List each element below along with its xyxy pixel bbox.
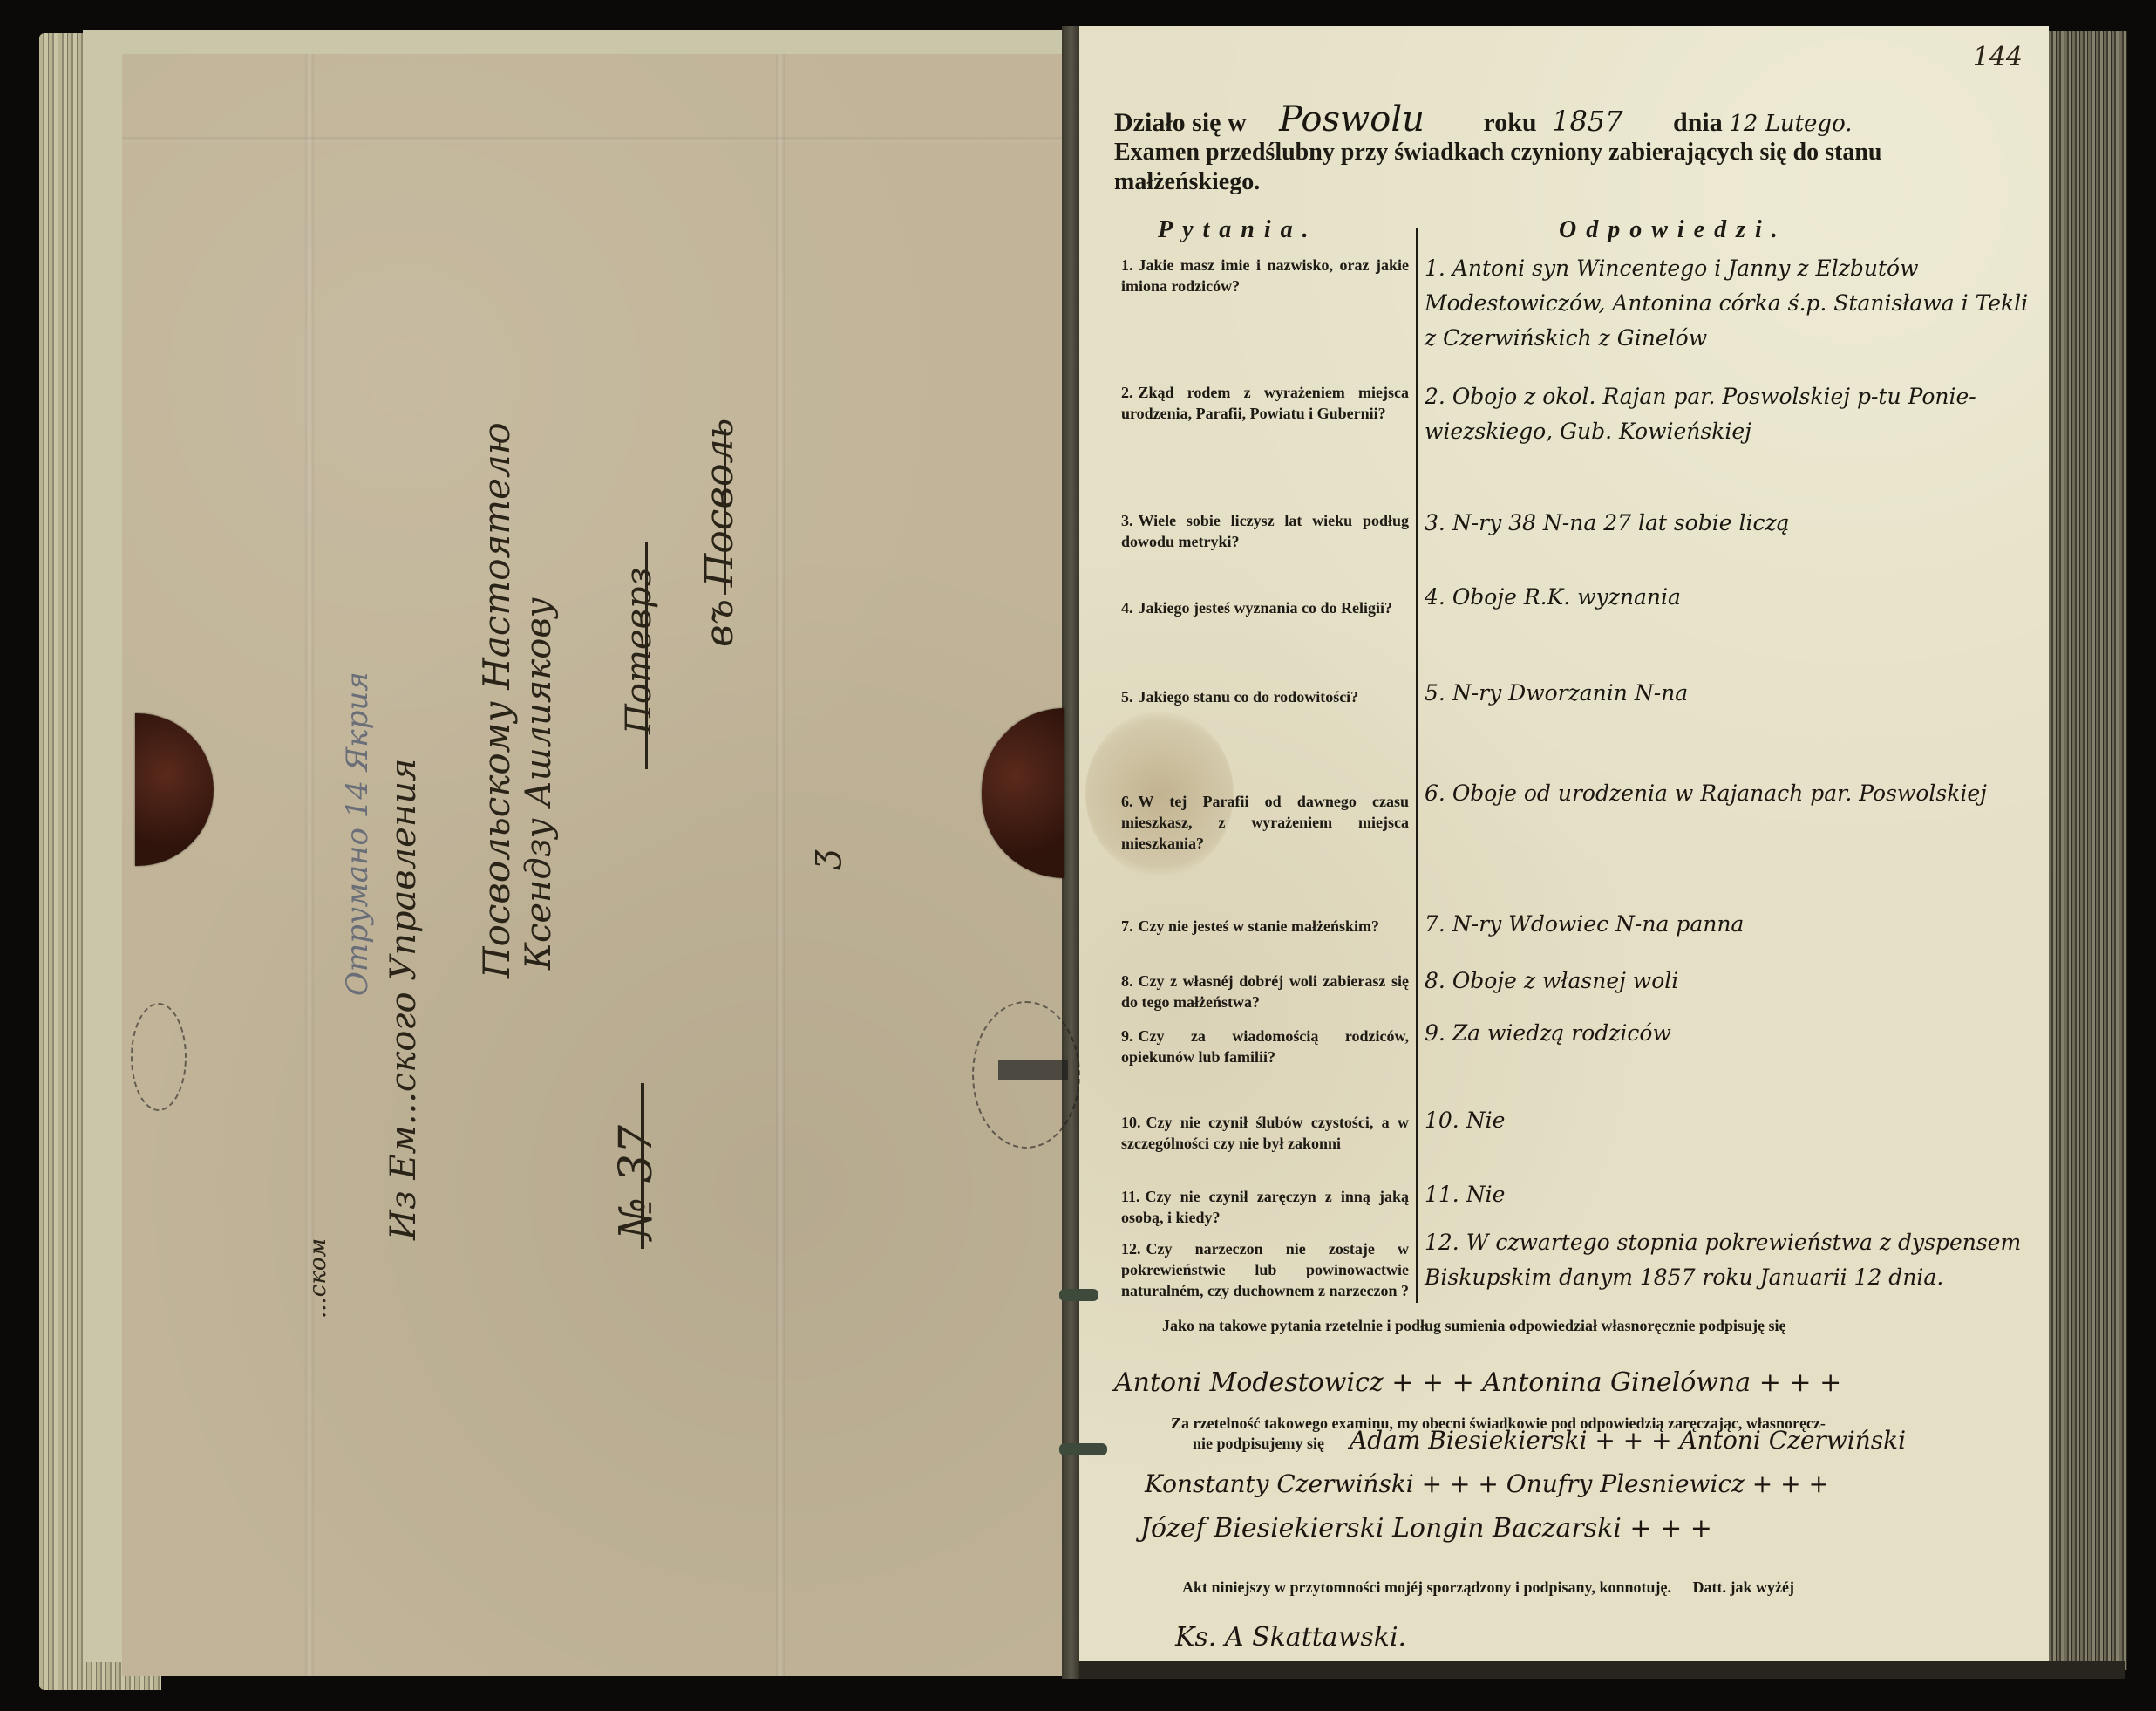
recipient-line-2: Ксендзу Ашлиякову: [519, 597, 559, 970]
question-8: 8.Czy z własnéj dobréj woli zabierasz si…: [1121, 971, 1409, 1012]
answer-9: 9. Za wiedzą rodziców: [1425, 1016, 2035, 1051]
question-11: 11.Czy nie czynił zaręczyn z inną jaką o…: [1121, 1186, 1409, 1228]
right-page-edges: [2049, 31, 2127, 1670]
post-office: Потеврз: [619, 568, 659, 734]
question-4: 4.Jakiego jesteś wyznania co do Religii?: [1121, 597, 1409, 618]
answer-6: 6. Oboje od urodzenia w Rajanach par. Po…: [1425, 776, 2035, 811]
receipt-note: Отрумано 14 Якрия: [340, 671, 375, 996]
answer-7: 7. N-ry Wdowiec N-na panna: [1425, 907, 2035, 942]
place-name: Poswolu: [1279, 99, 1425, 140]
attestation-couple: Jako na takowe pytania rzetelnie i podłu…: [1162, 1317, 1786, 1335]
left-page-envelope: Отрумано 14 Якрия Из Ем...ского Управлен…: [122, 54, 1064, 1676]
recipient-line-1: Посвольскому Настоятелю: [475, 422, 518, 978]
date: 12 Lutego.: [1729, 111, 1852, 137]
answer-3: 3. N-ry 38 N-na 27 lat sobie liczą: [1425, 506, 2035, 541]
question-3: 3.Wiele sobie liczysz lat wieku podług d…: [1121, 510, 1409, 552]
witness-signature-line-3: Józef Biesiekierski Longin Baczarski + +…: [1140, 1513, 1712, 1544]
answer-12: 12. W czwartego stopnia pokrewieństwa z …: [1425, 1225, 2035, 1295]
year: 1857: [1552, 105, 1622, 138]
mark: ʒ: [802, 849, 842, 869]
question-6: 6.W tej Parafii od dawnego czasu mieszka…: [1121, 791, 1409, 854]
postmark-bar: [998, 1060, 1068, 1080]
postmark-stamp-icon: [131, 1003, 187, 1111]
form-title: Examen przedślubny przy świadkach czynio…: [1114, 138, 1986, 197]
answer-8: 8. Oboje z własnej woli: [1425, 964, 2035, 999]
question-10: 10.Czy nie czynił ślubów czystości, a w …: [1121, 1112, 1409, 1154]
underline: [641, 1083, 644, 1249]
answer-11: 11. Nie: [1425, 1177, 2035, 1212]
answer-2: 2. Obojo z okol. Rajan par. Poswolskiej …: [1425, 379, 2035, 449]
margin-note: ...ском: [305, 1238, 331, 1319]
answer-5: 5. N-ry Dworzanin N-na: [1425, 676, 2035, 711]
questions-column-header: Pytania.: [1158, 216, 1318, 244]
letter-number: № 37: [610, 1125, 663, 1240]
question-1: 1.Jakie masz imie i nazwisko, oraz jakie…: [1121, 255, 1409, 297]
couple-signatures: Antoni Modestowicz + + + Antonina Gineló…: [1114, 1367, 1841, 1398]
answers-column-header: Odpowiedzi.: [1559, 216, 1787, 244]
book-gutter: [1062, 26, 1081, 1679]
question-2: 2.Zkąd rodem z wyrażeniem miejsca urodze…: [1121, 382, 1409, 424]
priest-signature: Ks. A Skattawski.: [1175, 1622, 1406, 1653]
question-7: 7.Czy nie jesteś w stanie małżeńskim?: [1121, 916, 1409, 937]
underline: [645, 542, 648, 769]
fold-crease: [776, 54, 785, 1676]
sender-line: Из Ем...ского Управления: [384, 759, 424, 1240]
column-divider: [1416, 228, 1418, 1303]
form-header: Działo się w Poswolu roku 1857 dnia 12 L…: [1114, 99, 1853, 140]
answer-1: 1. Antoni syn Wincentego i Janny z Elzbu…: [1425, 251, 2035, 356]
question-9: 9.Czy za wiadomością rodziców, opiekunów…: [1121, 1026, 1409, 1067]
question-12: 12.Czy narzeczon nie zostaje w pokrewień…: [1121, 1238, 1409, 1301]
fold-crease: [122, 137, 1064, 142]
question-5: 5.Jakiego stanu co do rodowitości?: [1121, 686, 1409, 707]
underline: [724, 429, 726, 595]
page-number: 144: [1973, 42, 2023, 72]
witness-signature-line-1: Adam Biesiekierski + + + Antoni Czerwińs…: [1350, 1426, 1906, 1455]
marriage-examination-form: 144 Działo się w Poswolu roku 1857 dnia …: [1079, 26, 2049, 1674]
witness-signature-line-2: Konstanty Czerwiński + + + Onufry Plesni…: [1145, 1469, 1829, 1498]
answer-10: 10. Nie: [1425, 1103, 2035, 1138]
attestation-witnesses-line2: nie podpisujemy się: [1193, 1435, 1324, 1453]
fold-crease: [305, 54, 314, 1676]
answer-4: 4. Oboje R.K. wyznania: [1425, 580, 2035, 615]
destination: въ Посволь: [697, 419, 742, 648]
closing-statement: Akt niniejszy w przytomności mojéj sporz…: [1182, 1578, 1794, 1597]
